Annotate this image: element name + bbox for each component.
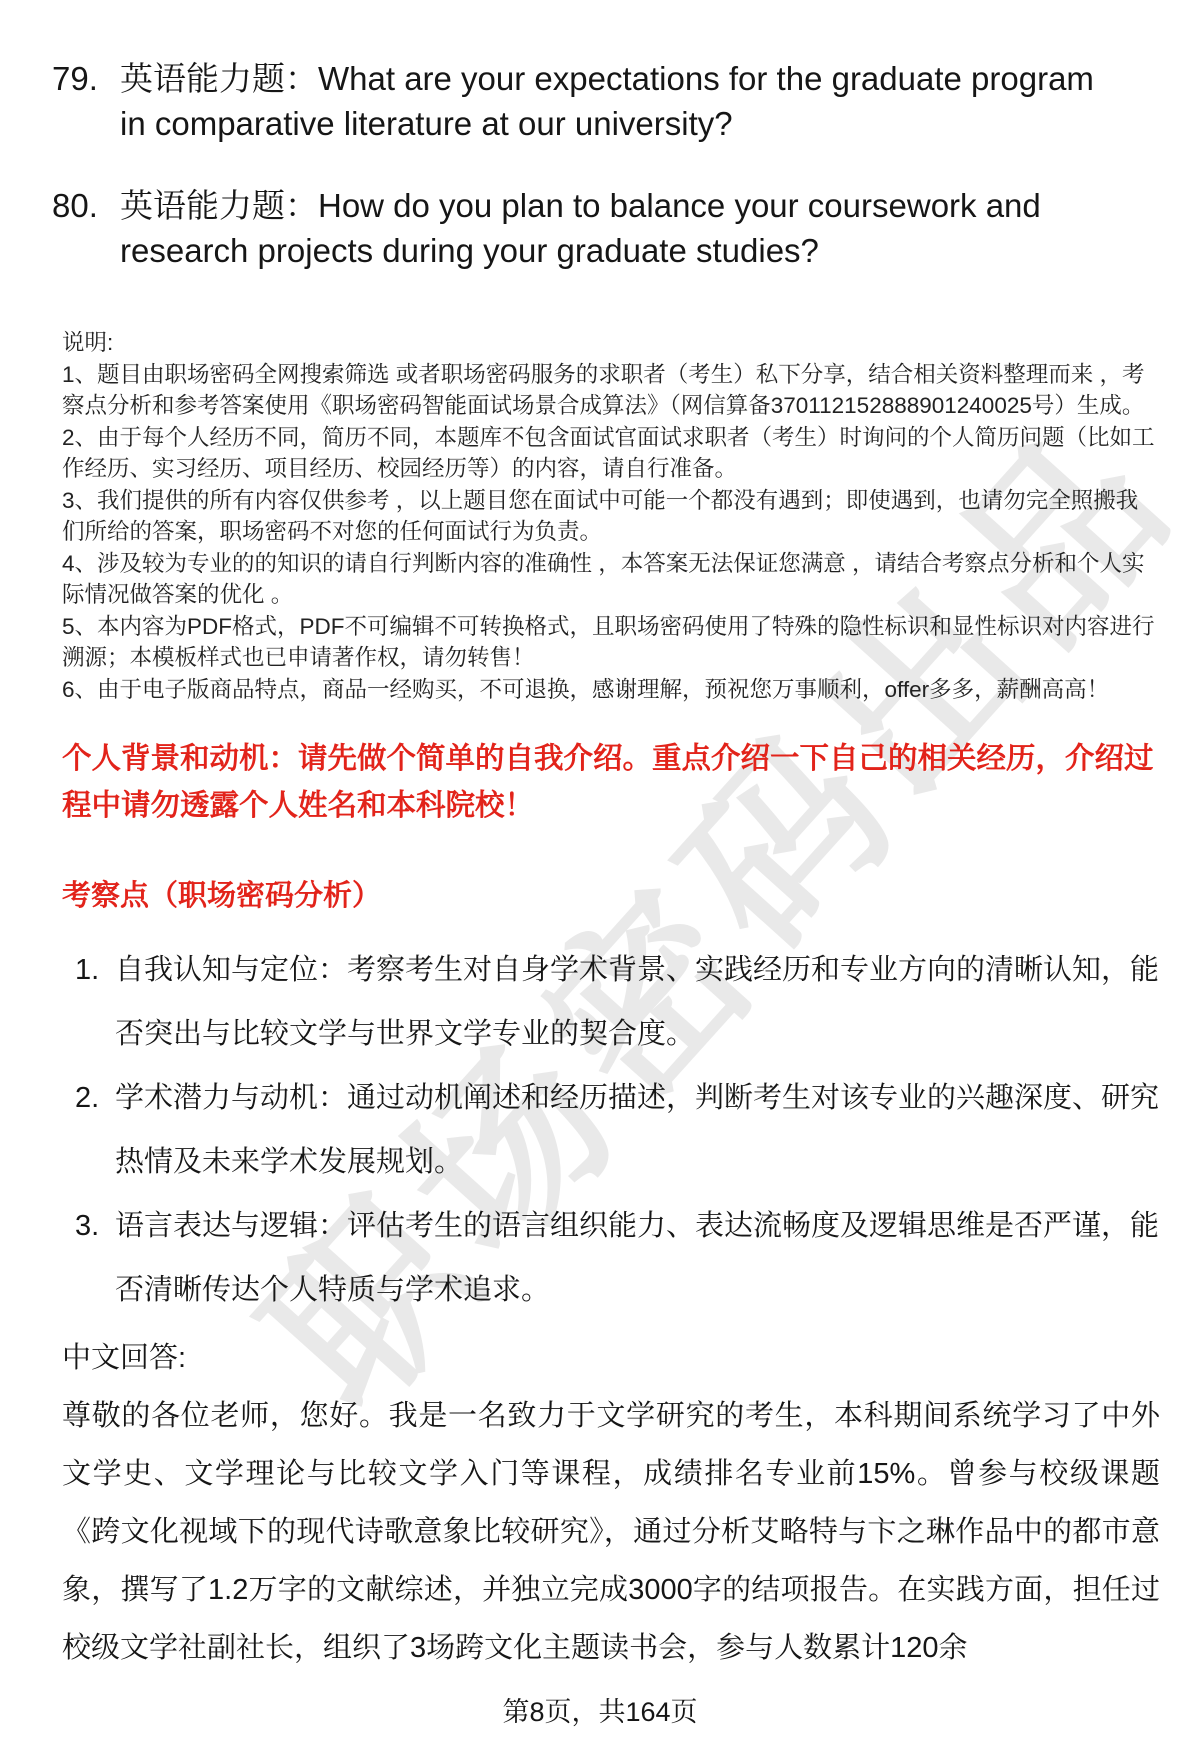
question-79-text: 英语能力题：What are your expectations for the… xyxy=(120,60,1094,142)
analysis-point-1-text: 自我认知与定位：考察考生对自身学术背景、实践经历和专业方向的清晰认知，能否突出与… xyxy=(115,954,1159,1050)
question-79: 79. 英语能力题：What are your expectations for… xyxy=(52,56,1112,146)
answer-label: 中文回答: xyxy=(52,1336,1160,1381)
analysis-point-3-number: 3. xyxy=(75,1194,99,1258)
answer-text: 尊敬的各位老师，您好。我是一名致力于文学研究的考生，本科期间系统学习了中外文学史… xyxy=(52,1387,1160,1677)
page-footer: 第8页，共164页 xyxy=(0,1690,1200,1729)
interview-prompt: 个人背景和动机：请先做个简单的自我介绍。重点介绍一下自己的相关经历，介绍过程中请… xyxy=(52,735,1160,829)
analysis-point-2: 2. 学术潜力与动机：通过动机阐述和经历描述，判断考生对该专业的兴趣深度、研究热… xyxy=(52,1066,1160,1194)
analysis-heading: 考察点（职场密码分析） xyxy=(52,873,1160,914)
notes-section: 说明: 1、题目由职场密码全网搜索筛选 或者职场密码服务的求职者（考生）私下分享… xyxy=(52,327,1160,705)
analysis-point-3: 3. 语言表达与逻辑：评估考生的语言组织能力、表达流畅度及逻辑思维是否严谨，能否… xyxy=(52,1194,1160,1322)
analysis-list: 1. 自我认知与定位：考察考生对自身学术背景、实践经历和专业方向的清晰认知，能否… xyxy=(52,938,1160,1322)
note-item-2: 2、由于每个人经历不同，简历不同，本题库不包含面试官面试求职者（考生）时询问的个… xyxy=(62,422,1160,485)
pdf-page: 职场密码出品 79. 英语能力题：What are your expectati… xyxy=(0,0,1200,1755)
note-item-1: 1、题目由职场密码全网搜索筛选 或者职场密码服务的求职者（考生）私下分享，结合相… xyxy=(62,359,1160,422)
page-content: 79. 英语能力题：What are your expectations for… xyxy=(0,0,1200,1677)
question-79-number: 79. xyxy=(52,56,98,101)
note-item-3: 3、我们提供的所有内容仅供参考 ，以上题目您在面试中可能一个都没有遇到；即使遇到… xyxy=(62,485,1160,548)
analysis-point-1-number: 1. xyxy=(75,938,99,1002)
notes-title: 说明: xyxy=(62,327,1160,359)
analysis-point-3-text: 语言表达与逻辑：评估考生的语言组织能力、表达流畅度及逻辑思维是否严谨，能否清晰传… xyxy=(115,1210,1159,1306)
note-item-5: 5、本内容为PDF格式，PDF不可编辑不可转换格式，且职场密码使用了特殊的隐性标… xyxy=(62,611,1160,674)
analysis-point-2-number: 2. xyxy=(75,1066,99,1130)
question-80-number: 80. xyxy=(52,183,98,228)
analysis-point-1: 1. 自我认知与定位：考察考生对自身学术背景、实践经历和专业方向的清晰认知，能否… xyxy=(52,938,1160,1066)
question-80: 80. 英语能力题：How do you plan to balance you… xyxy=(52,183,1112,273)
note-item-6: 6、由于电子版商品特点，商品一经购买，不可退换，感谢理解，预祝您万事顺利，off… xyxy=(62,674,1160,706)
note-item-4: 4、涉及较为专业的的知识的请自行判断内容的准确性 ，本答案无法保证您满意 ，请结… xyxy=(62,548,1160,611)
question-80-text: 英语能力题：How do you plan to balance your co… xyxy=(120,187,1041,269)
analysis-point-2-text: 学术潜力与动机：通过动机阐述和经历描述，判断考生对该专业的兴趣深度、研究热情及未… xyxy=(115,1082,1159,1178)
